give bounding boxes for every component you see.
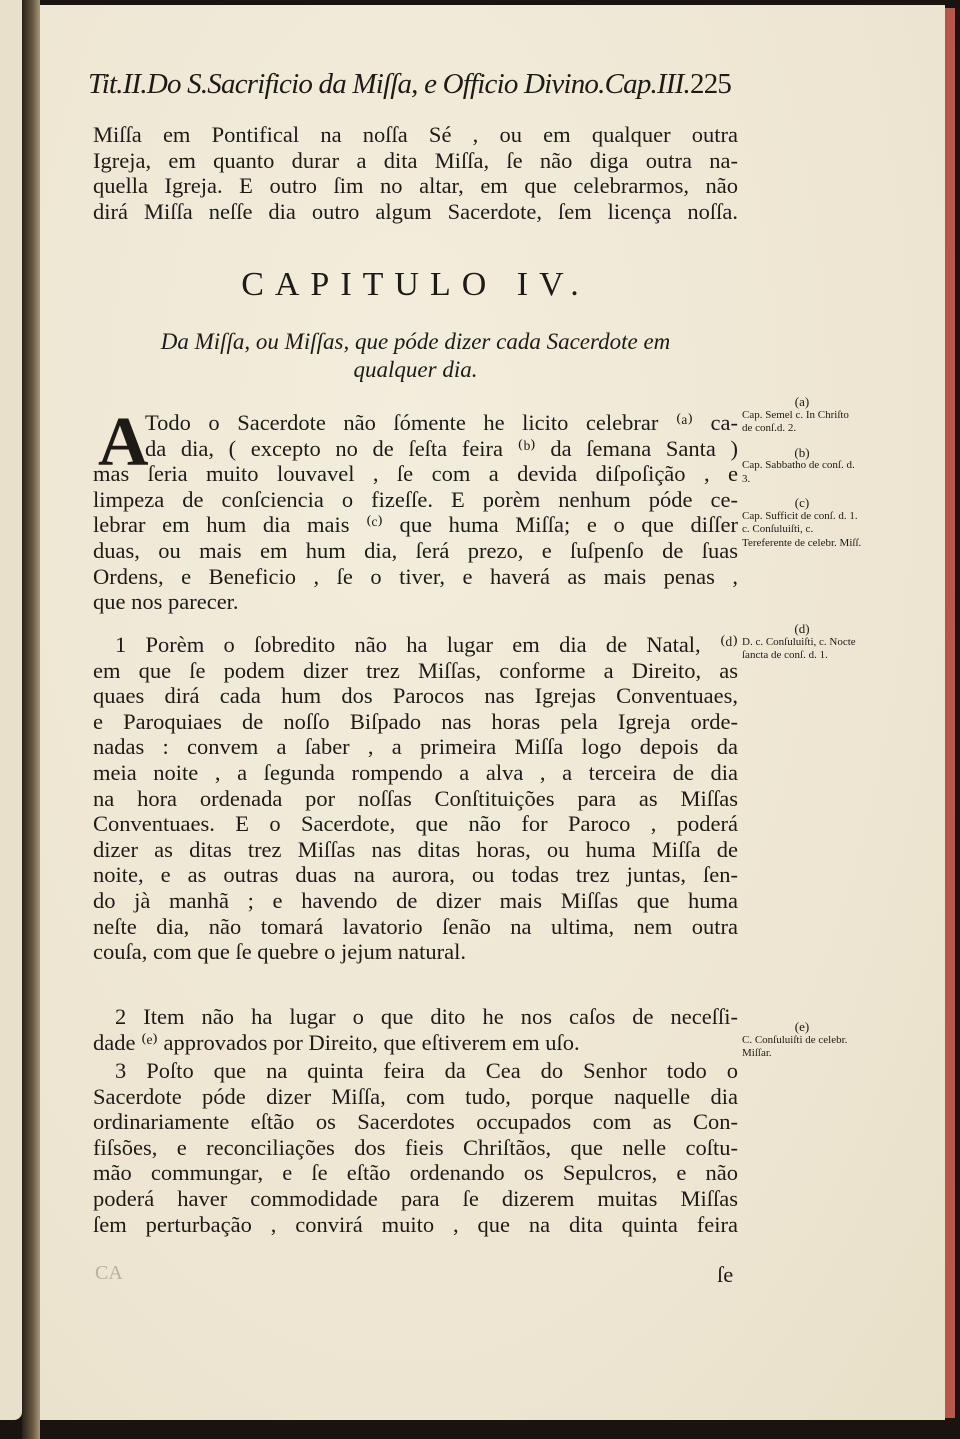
text-line: Sacerdote póde dizer Miſſa, com tudo, po… [93, 1084, 738, 1110]
text-line: e Paroquiaes de noſſo Biſpado nas horas … [93, 709, 738, 735]
text-line: dirá Miſſa neſſe dia outro algum Sacerdo… [93, 199, 738, 225]
text-line: que nos parecer. [93, 589, 738, 615]
note-mark: (b) [742, 446, 862, 460]
note-mark: (c) [742, 496, 862, 510]
page-number: 225 [690, 68, 731, 100]
facing-page-edge [0, 0, 22, 1420]
text-line: noite, e as outras duas na aurora, ou to… [93, 862, 738, 888]
text-line: nadas : convem a ſaber , a primeira Miſſ… [93, 734, 738, 760]
margin-note: (a) Cap. Semel c. In Chriſto de conſ.d. … [742, 395, 862, 436]
note-mark: (e) [742, 1020, 862, 1034]
section-1: 1 Porèm o ſobredito não ha lugar em dia … [93, 632, 738, 965]
margin-note: (b) Cap. Sabbatho de conſ. d. 3. [742, 446, 862, 487]
text-line: 1 Porèm o ſobredito não ha lugar em dia … [93, 632, 738, 658]
running-head: Tit.II.Do S.Sacrificio da Miſſa, e Offic… [88, 68, 758, 101]
note-text: C. Conſuluiſti de celebr. Miſſar. [742, 1034, 847, 1060]
margin-notes-a-c: (a) Cap. Semel c. In Chriſto de conſ.d. … [742, 395, 862, 560]
text-line: mas ſeria muito louvavel , ſe com a devi… [93, 461, 738, 487]
margin-note: (c) Cap. Sufficit de conſ. d. 1. c. Conſ… [742, 496, 862, 550]
text-line: ſem perturbação , convirá muito , que na… [93, 1212, 738, 1238]
running-head-title: Tit.II.Do S.Sacrificio da Miſſa, e Offic… [88, 68, 690, 100]
margin-note-e: (e) C. Conſuluiſti de celebr. Miſſar. [742, 1020, 862, 1071]
text-line: ordinariamente eſtão os Sacerdotes occup… [93, 1109, 738, 1135]
text-line: mão commungar, e ſe eſtão ordenando os S… [93, 1160, 738, 1186]
chapter-subtitle-line: qualquer dia. [93, 356, 738, 384]
chapter-subtitle: Da Miſſa, ou Miſſas, que póde dizer cada… [93, 328, 738, 384]
text-line: da dia, ( excepto no de ſeſta feira ⁽ᵇ⁾ … [145, 436, 738, 462]
section-3: 3 Poſto que na quinta feira da Cea do Se… [93, 1058, 738, 1237]
text-line: limpeza de conſciencia o fizeſſe. E porè… [93, 487, 738, 513]
text-line: Todo o Sacerdote não ſómente he licito c… [145, 410, 738, 436]
text-line: na hora ordenada por noſſas Conſtituiçõe… [93, 786, 738, 812]
text-line: lebrar em hum dia mais ⁽ᶜ⁾ que huma Miſſ… [93, 512, 738, 538]
bleed-through-text: CA [95, 1262, 123, 1285]
chapter-title: CAPITULO IV. [93, 266, 738, 304]
text-line: Miſſa em Pontifical na noſſa Sé , ou em … [93, 122, 738, 148]
note-mark: (d) [742, 622, 862, 636]
text-line: couſa, com que ſe quebre o jejum natural… [93, 939, 738, 965]
text-line: do jà manhã ; e havendo de dizer mais Mi… [93, 888, 738, 914]
margin-note: (d) D. c. Conſuluiſti, c. Nocte ſancta d… [742, 622, 862, 663]
note-text: Cap. Sabbatho de conſ. d. 3. [742, 459, 855, 485]
top-paragraph: Miſſa em Pontifical na noſſa Sé , ou em … [93, 122, 738, 224]
margin-note: (e) C. Conſuluiſti de celebr. Miſſar. [742, 1020, 862, 1061]
catchword: ſe [717, 1262, 733, 1288]
text-line: duas, ou mais em hum dia, ſerá prezo, e … [93, 538, 738, 564]
text-line: Conventuaes. E o Sacerdote, que não for … [93, 811, 738, 837]
text-line: quaes dirá cada hum dos Parocos nas Igre… [93, 683, 738, 709]
text-line: 2 Item não ha lugar o que dito he nos ca… [93, 1004, 738, 1030]
margin-note-d: (d) D. c. Conſuluiſti, c. Nocte ſancta d… [742, 622, 862, 673]
text-line: dizer as ditas trez Miſſas nas ditas hor… [93, 837, 738, 863]
text-line: dade ⁽ᵉ⁾ approvados por Direito, que eſt… [93, 1030, 738, 1056]
page-edge-red [945, 8, 955, 1418]
text-line: 3 Poſto que na quinta feira da Cea do Se… [93, 1058, 738, 1084]
text-line: Igreja, em quanto durar a dita Miſſa, ſe… [93, 148, 738, 174]
text-line: meia noite , a ſegunda rompendo a alva ,… [93, 760, 738, 786]
text-line: em que ſe podem dizer trez Miſſas, confo… [93, 658, 738, 684]
note-text: Cap. Sufficit de conſ. d. 1. c. Conſului… [742, 510, 861, 549]
note-text: D. c. Conſuluiſti, c. Nocte ſancta de co… [742, 636, 856, 662]
book-gutter [22, 0, 40, 1439]
text-line: poderá haver commodidade para ſe dizerem… [93, 1186, 738, 1212]
text-line: quella Igreja. E outro ſim no altar, em … [93, 173, 738, 199]
note-mark: (a) [742, 395, 862, 409]
intro-paragraph: Todo o Sacerdote não ſómente he licito c… [93, 410, 738, 615]
section-2: 2 Item não ha lugar o que dito he nos ca… [93, 1004, 738, 1055]
text-line: fiſsões, e reconciliações dos fieis Chri… [93, 1135, 738, 1161]
chapter-subtitle-line: Da Miſſa, ou Miſſas, que póde dizer cada… [93, 328, 738, 356]
note-text: Cap. Semel c. In Chriſto de conſ.d. 2. [742, 409, 849, 435]
text-line: neſte dia, não tomará lavatorio ſenão na… [93, 914, 738, 940]
text-line: Ordens, e Beneficio , ſe o tiver, e have… [93, 564, 738, 590]
